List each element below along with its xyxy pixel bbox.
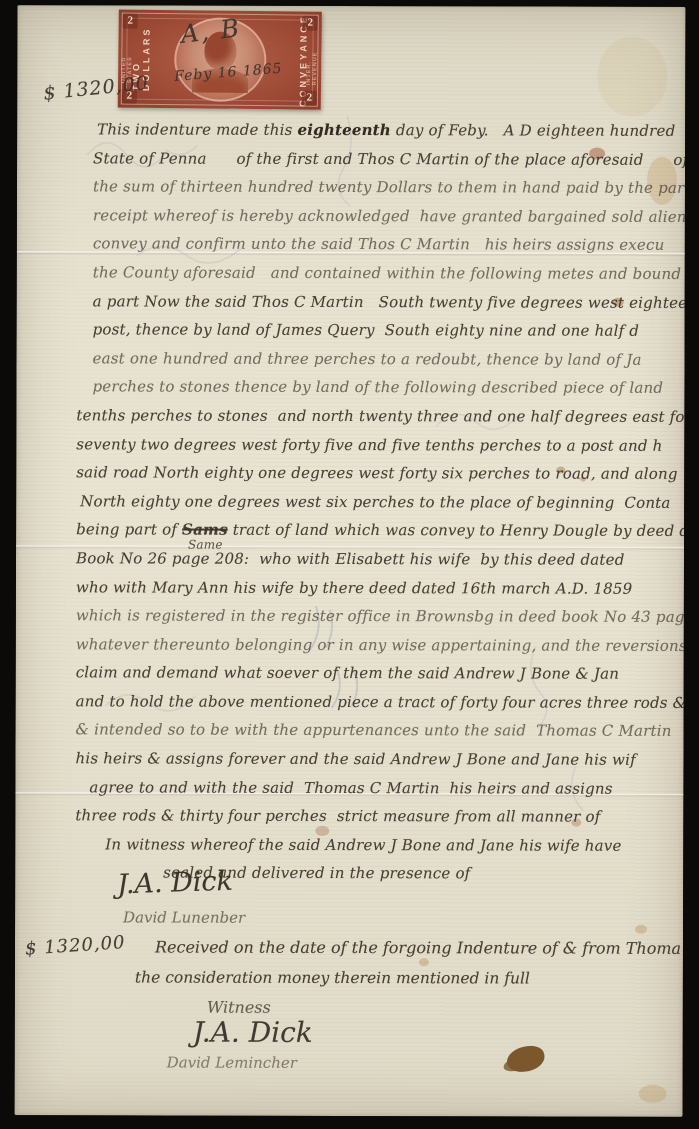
correction-note: Same bbox=[188, 531, 223, 560]
document-line: & intended so to be with the appurtenanc… bbox=[76, 716, 686, 746]
revenue-stamp: UNITED STATES TWO DOLLARS CONVEYANCE INT… bbox=[118, 10, 322, 110]
document-line: State of Penna of the first and Thos C M… bbox=[77, 144, 685, 174]
receipt-line: the consideration money therein mentione… bbox=[135, 968, 530, 987]
witness-signature: David Lunenber bbox=[123, 908, 245, 926]
ink-blot bbox=[505, 1044, 546, 1074]
document-line: said road North eighty one degrees west … bbox=[76, 458, 685, 488]
document-line: and to hold the above mentioned piece a … bbox=[76, 687, 686, 717]
witness-clause-line: In witness whereof the said Andrew J Bon… bbox=[75, 830, 685, 860]
document-line: convey and confirm unto the said Thos C … bbox=[77, 230, 686, 260]
document-line: receipt whereof is hereby acknowledged h… bbox=[77, 201, 686, 231]
document-line: seventy two degrees west forty five and … bbox=[76, 430, 685, 460]
document-line: which is registered in the register offi… bbox=[76, 601, 686, 631]
receipt-signature: J.A. Dick bbox=[193, 1016, 313, 1049]
stamp-corner-numeral: 2 bbox=[302, 91, 317, 106]
document-line: who with Mary Ann his wife by there deed… bbox=[76, 573, 686, 603]
struck-word-wrap: SamsSame bbox=[182, 516, 228, 545]
document-line: agree to and with the said Thomas C Mart… bbox=[75, 773, 685, 803]
foxing-spot bbox=[635, 925, 647, 934]
deed-body-text: This indenture made this eighteenth day … bbox=[75, 115, 685, 889]
document-line: being part of SamsSame tract of land whi… bbox=[76, 516, 685, 546]
foxing-spot bbox=[419, 958, 429, 966]
receipt-witness-label: Witness bbox=[207, 998, 271, 1017]
receipt-signature: David Lemincher bbox=[167, 1054, 297, 1072]
receipt-amount: $ 1320,00 bbox=[24, 932, 126, 960]
document-line: This indenture made this eighteenth day … bbox=[77, 115, 685, 145]
damp-stain bbox=[597, 37, 667, 117]
stamp-corner-numeral: 2 bbox=[123, 14, 138, 29]
document-line: his heirs & assigns forever and the said… bbox=[75, 744, 685, 774]
document-paper: UNITED STATES TWO DOLLARS CONVEYANCE INT… bbox=[15, 5, 686, 1117]
document-line: a part Now the said Thos C Martin South … bbox=[77, 287, 686, 317]
witness-signature: J.A. Dick bbox=[117, 866, 234, 901]
document-line: east one hundred and three perches to a … bbox=[76, 344, 685, 374]
document-line: the sum of thirteen hundred twenty Dolla… bbox=[77, 172, 686, 202]
receipt-line: Received on the date of the forgoing Ind… bbox=[155, 937, 681, 957]
document-line: North eighty one degrees west six perche… bbox=[76, 487, 685, 517]
document-line: post, thence by land of James Query Sout… bbox=[77, 315, 686, 345]
document-line: perches to stones thence by land of the … bbox=[76, 373, 685, 403]
document-line: whatever thereunto belonging or in any w… bbox=[76, 630, 686, 660]
foxing-spot bbox=[639, 1085, 667, 1103]
stamp-edge-right-text: INTER. REVENUE bbox=[306, 36, 319, 85]
document-line: Book No 26 page 208: who with Elisabett … bbox=[76, 544, 685, 574]
stamp-corner-numeral: 2 bbox=[303, 16, 318, 31]
document-line: tenths perches to stones and north twent… bbox=[76, 401, 685, 431]
document-line: the County aforesaid and contained withi… bbox=[77, 258, 686, 288]
document-line: three rods & thirty four perches strict … bbox=[75, 802, 685, 832]
inserted-word: eighteenth bbox=[298, 121, 391, 139]
document-line: claim and demand what soever of them the… bbox=[76, 659, 686, 689]
